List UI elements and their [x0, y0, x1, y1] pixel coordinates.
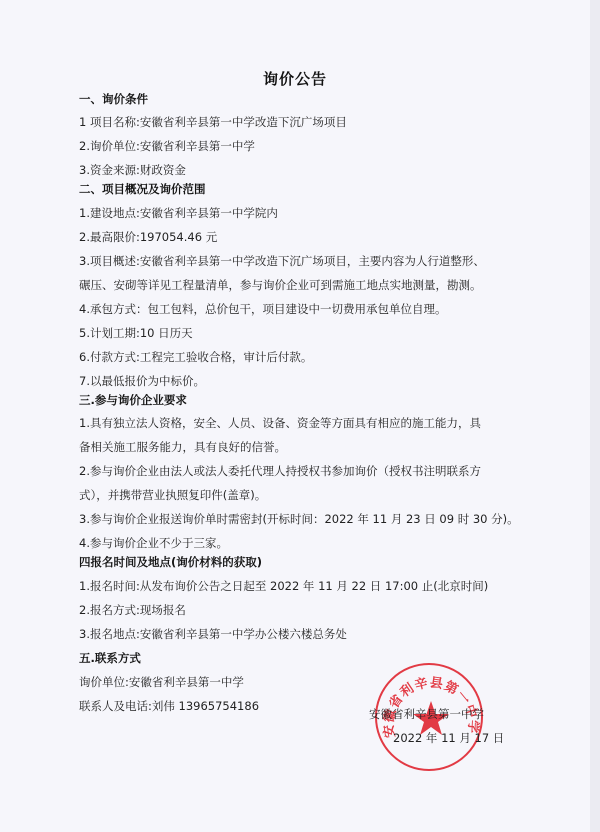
- section-heading-1: 一、询价条件: [79, 92, 148, 106]
- section-3-line-1: 1.具有独立法人资格，安全、人员、设备、资金等方面具有相应的施工能力，具: [79, 416, 481, 430]
- section-2-line-8: 7.以最低报价为中标价。: [79, 374, 205, 388]
- section-2-line-2: 2.最高限价:197054.46 元: [79, 230, 217, 244]
- signature-org: 安徽省利辛县第一中学: [369, 706, 484, 722]
- section-5-line-1: 询价单位:安徽省利辛县第一中学: [79, 675, 244, 689]
- section-heading-5: 五.联系方式: [79, 651, 141, 665]
- section-5-line-2: 联系人及电话:刘伟 13965754186: [79, 699, 259, 713]
- section-2-line-1: 1.建设地点:安徽省利辛县第一中学院内: [79, 206, 278, 220]
- section-4-line-2: 2.报名方式:现场报名: [79, 603, 186, 617]
- section-heading-3: 三.参与询价企业要求: [79, 393, 187, 407]
- section-1-line-2: 2.询价单位:安徽省利辛县第一中学: [79, 139, 255, 153]
- section-3-line-3: 2.参与询价企业由法人或法人委托代理人持授权书参加询价（授权书注明联系方: [79, 464, 481, 478]
- section-2-line-7: 6.付款方式:工程完工验收合格，审计后付款。: [79, 350, 312, 364]
- section-3-line-2: 备相关施工服务能力，具有良好的信誉。: [79, 440, 286, 454]
- signature-date: 2022 年 11 月 17 日: [393, 730, 504, 746]
- section-3-line-4: 式），并携带营业执照复印件(盖章)。: [79, 488, 266, 502]
- section-heading-4: 四报名时间及地点(询价材料的获取): [79, 555, 262, 569]
- section-4-line-1: 1.报名时间:从发布询价公告之日起至 2022 年 11 月 22 日 17:0…: [79, 579, 488, 593]
- section-3-line-5: 3.参与询价企业报送询价单时需密封(开标时间：2022 年 11 月 23 日 …: [79, 512, 519, 526]
- section-4-line-3: 3.报名地点:安徽省利辛县第一中学办公楼六楼总务处: [79, 627, 347, 641]
- section-1-line-1: 1 项目名称:安徽省利辛县第一中学改造下沉广场项目: [79, 115, 347, 129]
- section-1-line-3: 3.资金来源:财政资金: [79, 163, 186, 177]
- section-2-line-6: 5.计划工期:10 日历天: [79, 326, 193, 340]
- section-3-line-6: 4.参与询价企业不少于三家。: [79, 536, 228, 550]
- document-title: 询价公告: [0, 68, 590, 89]
- section-2-line-5: 4.承包方式：包工包料，总价包干，项目建设中一切费用承包单位自理。: [79, 302, 446, 316]
- section-2-line-3: 3.项目概述:安徽省利辛县第一中学改造下沉广场项目，主要内容为人行道整形、: [79, 254, 485, 268]
- section-heading-2: 二、项目概况及询价范围: [79, 182, 206, 196]
- scan-edge: [590, 0, 600, 832]
- section-2-line-4: 碾压、安砌等详见工程量清单，参与询价企业可到需施工地点实地测量，勘测。: [79, 278, 482, 292]
